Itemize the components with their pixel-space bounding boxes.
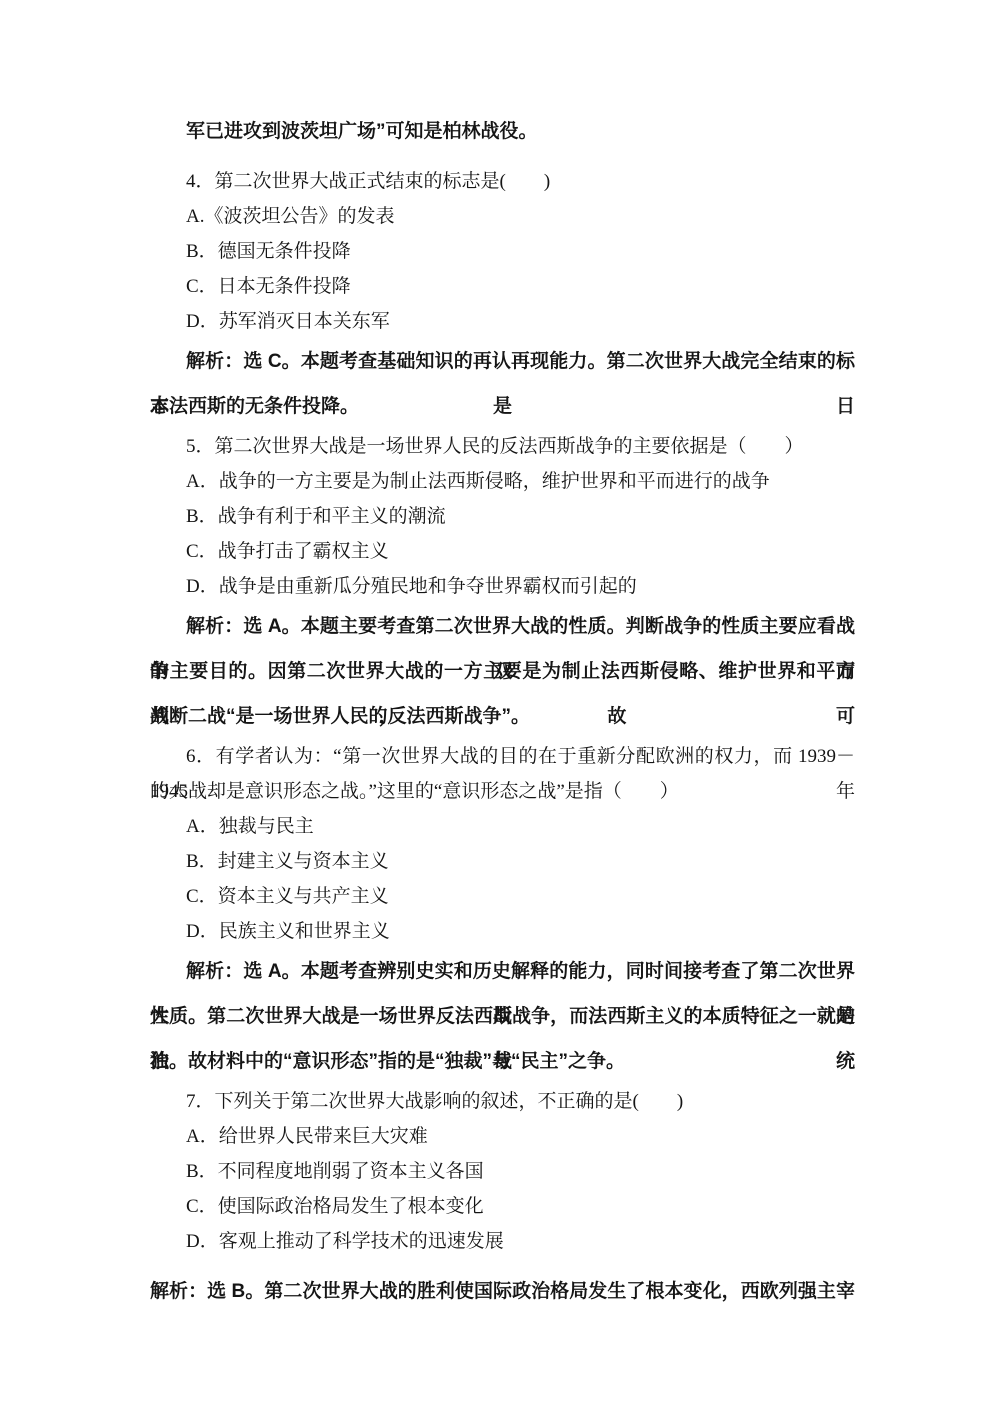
q4-option-d: D．苏军消灭日本关东军 (150, 304, 855, 339)
q6-option-c: C．资本主义与共产主义 (150, 879, 855, 914)
question-5: 5．第二次世界大战是一场世界人民的反法西斯战争的主要依据是（ ） (150, 429, 855, 464)
q4-option-c: C．日本无条件投降 (150, 269, 855, 304)
q4-option-b: B．德国无条件投降 (150, 234, 855, 269)
q4-option-a: A.《波茨坦公告》的发表 (150, 199, 855, 234)
question-4: 4．第二次世界大战正式结束的标志是( ) (150, 164, 855, 199)
q7-option-c: C．使国际政治格局发生了根本变化 (150, 1189, 855, 1224)
q6-option-d: D．民族主义和世界主义 (150, 914, 855, 949)
q6-analysis-line1: 解析：选 A。本题考查辨别史实和历史解释的能力，同时间接考查了第二次世界大战的 (150, 949, 855, 994)
q7-option-b: B．不同程度地削弱了资本主义各国 (150, 1154, 855, 1189)
q7-option-a: A．给世界人民带来巨大灾难 (150, 1119, 855, 1154)
q7-analysis-line1: 解析：选 B。第二次世界大战的胜利使国际政治格局发生了根本变化，西欧列强主宰 (150, 1269, 855, 1314)
q6-option-a: A．独裁与民主 (150, 809, 855, 844)
analysis-q3-continuation: 军已进攻到波茨坦广场”可知是柏林战役。 (150, 109, 855, 154)
q5-option-b: B．战争有利于和平主义的潮流 (150, 499, 855, 534)
q6-analysis-line2: 性质。第二次世界大战是一场世界反法西斯战争，而法西斯主义的本质特征之一就是独裁统 (150, 994, 855, 1039)
q5-option-a: A．战争的一方主要是为制止法西斯侵略，维护世界和平而进行的战争 (150, 464, 855, 499)
document-content: 军已进攻到波茨坦广场”可知是柏林战役。4．第二次世界大战正式结束的标志是( )A… (0, 0, 1000, 1314)
q5-option-d: D．战争是由重新瓜分殖民地和争夺世界霸权而引起的 (150, 569, 855, 604)
q5-option-c: C．战争打击了霸权主义 (150, 534, 855, 569)
q6-option-b: B．封建主义与资本主义 (150, 844, 855, 879)
document-page: 军已进攻到波茨坦广场”可知是柏林战役。4．第二次世界大战正式结束的标志是( )A… (0, 0, 1000, 1414)
q7-option-d: D．客观上推动了科学技术的迅速发展 (150, 1224, 855, 1259)
q5-analysis-line1: 解析：选 A。本题主要考查第二次世界大战的性质。判断战争的性质主要应看战争双方 (150, 604, 855, 649)
q4-analysis-line1: 解析：选 C。本题考查基础知识的再认再现能力。第二次世界大战完全结束的标志是日 (150, 339, 855, 384)
question-6-line1: 6．有学者认为：“第一次世界大战的目的在于重新分配欧洲的权力，而 1939－19… (150, 739, 855, 774)
question-7: 7．下列关于第二次世界大战影响的叙述，不正确的是( ) (150, 1084, 855, 1119)
q5-analysis-line2: 的主要目的。因第二次世界大战的一方主要是为制止法西斯侵略、维护世界和平而战，故可 (150, 649, 855, 694)
